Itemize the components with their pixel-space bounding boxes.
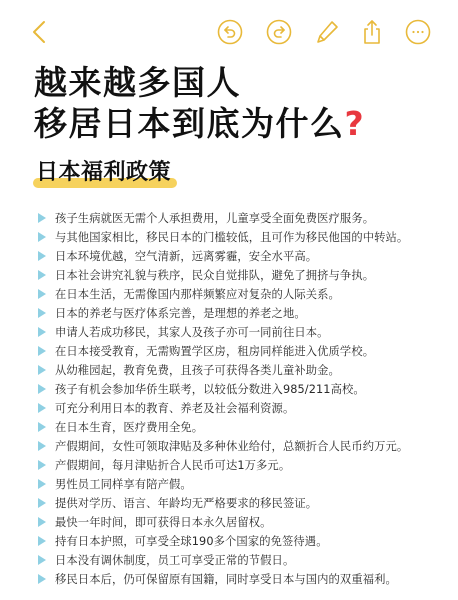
triangle-bullet-icon bbox=[38, 270, 46, 280]
triangle-bullet-icon bbox=[38, 365, 46, 375]
triangle-bullet-icon bbox=[38, 441, 46, 451]
triangle-bullet-icon bbox=[38, 308, 46, 318]
triangle-bullet-icon bbox=[38, 327, 46, 337]
undo-button[interactable] bbox=[216, 18, 244, 46]
list-item: 产假期间，每月津贴折合人民币可达1万多元。 bbox=[38, 455, 448, 474]
list-item-text: 在日本接受教育，无需购置学区房，租房同样能进入优质学校。 bbox=[55, 343, 374, 359]
triangle-bullet-icon bbox=[38, 422, 46, 432]
redo-button[interactable] bbox=[265, 18, 293, 46]
list-item-text: 在日本生活，无需像国内那样频繁应对复杂的人际关系。 bbox=[55, 286, 340, 302]
triangle-bullet-icon bbox=[38, 213, 46, 223]
triangle-bullet-icon bbox=[38, 251, 46, 261]
triangle-bullet-icon bbox=[38, 460, 46, 470]
list-item: 持有日本护照，可享受全球190多个国家的免签待遇。 bbox=[38, 531, 448, 550]
list-item-text: 日本环境优越，空气清新，远离雾霾，安全水平高。 bbox=[55, 248, 317, 264]
list-item: 移民日本后，仍可保留原有国籍，同时享受日本与国内的双重福利。 bbox=[38, 569, 448, 588]
list-item: 最快一年时间，即可获得日本永久居留权。 bbox=[38, 512, 448, 531]
list-item-text: 可充分利用日本的教育、养老及社会福利资源。 bbox=[55, 400, 294, 416]
list-item: 在日本生育，医疗费用全免。 bbox=[38, 417, 448, 436]
top-toolbar bbox=[0, 0, 458, 58]
list-item-text: 孩子生病就医无需个人承担费用，儿童享受全面免费医疗服务。 bbox=[55, 210, 374, 226]
list-item: 日本没有调休制度，员工可享受正常的节假日。 bbox=[38, 550, 448, 569]
list-item: 申请人若成功移民，其家人及孩子亦可一同前往日本。 bbox=[38, 322, 448, 341]
triangle-bullet-icon bbox=[38, 555, 46, 565]
more-button[interactable] bbox=[404, 18, 432, 46]
share-button[interactable] bbox=[358, 18, 386, 46]
section-heading-text: 日本福利政策 bbox=[36, 160, 171, 185]
list-item-text: 从幼稚园起，教育免费，且孩子可获得各类儿童补助金。 bbox=[55, 362, 340, 378]
list-item-text: 孩子有机会参加华侨生联考，以较低分数进入985/211高校。 bbox=[55, 381, 365, 397]
list-item-text: 日本社会讲究礼貌与秩序，民众自觉排队，避免了拥挤与争执。 bbox=[55, 267, 374, 283]
benefits-list: 孩子生病就医无需个人承担费用，儿童享受全面免费医疗服务。 与其他国家相比，移民日… bbox=[38, 208, 448, 588]
list-item: 产假期间，女性可领取津贴及多种休业给付，总额折合人民币约万元。 bbox=[38, 436, 448, 455]
pencil-icon bbox=[313, 18, 341, 46]
list-item-text: 在日本生育，医疗费用全免。 bbox=[55, 419, 203, 435]
list-item-text: 移民日本后，仍可保留原有国籍，同时享受日本与国内的双重福利。 bbox=[55, 571, 397, 587]
list-item: 日本社会讲究礼貌与秩序，民众自觉排队，避免了拥挤与争执。 bbox=[38, 265, 448, 284]
list-item-text: 产假期间，每月津贴折合人民币可达1万多元。 bbox=[55, 457, 290, 473]
list-item: 孩子有机会参加华侨生联考，以较低分数进入985/211高校。 bbox=[38, 379, 448, 398]
list-item: 男性员工同样享有陪产假。 bbox=[38, 474, 448, 493]
section-heading: 日本福利政策 bbox=[36, 158, 171, 190]
list-item-text: 与其他国家相比，移民日本的门槛较低，且可作为移民他国的中转站。 bbox=[55, 229, 408, 245]
back-button[interactable] bbox=[26, 18, 54, 46]
list-item-text: 持有日本护照，可享受全球190多个国家的免签待遇。 bbox=[55, 533, 328, 549]
list-item-text: 产假期间，女性可领取津贴及多种休业给付，总额折合人民币约万元。 bbox=[55, 438, 408, 454]
list-item: 可充分利用日本的教育、养老及社会福利资源。 bbox=[38, 398, 448, 417]
triangle-bullet-icon bbox=[38, 289, 46, 299]
list-item-text: 日本的养老与医疗体系完善，是理想的养老之地。 bbox=[55, 305, 306, 321]
edit-button[interactable] bbox=[313, 18, 341, 46]
triangle-bullet-icon bbox=[38, 403, 46, 413]
list-item-text: 日本没有调休制度，员工可享受正常的节假日。 bbox=[55, 552, 294, 568]
triangle-bullet-icon bbox=[38, 346, 46, 356]
list-item: 与其他国家相比，移民日本的门槛较低，且可作为移民他国的中转站。 bbox=[38, 227, 448, 246]
list-item: 在日本生活，无需像国内那样频繁应对复杂的人际关系。 bbox=[38, 284, 448, 303]
triangle-bullet-icon bbox=[38, 384, 46, 394]
question-mark: ? bbox=[345, 104, 366, 143]
chevron-left-icon bbox=[26, 18, 54, 46]
triangle-bullet-icon bbox=[38, 498, 46, 508]
title-line-1: 越来越多国人 bbox=[34, 62, 365, 103]
redo-icon bbox=[265, 18, 293, 46]
list-item: 在日本接受教育，无需购置学区房，租房同样能进入优质学校。 bbox=[38, 341, 448, 360]
title-line-2-text: 移居日本到底为什么 bbox=[34, 104, 345, 143]
undo-icon bbox=[216, 18, 244, 46]
triangle-bullet-icon bbox=[38, 479, 46, 489]
triangle-bullet-icon bbox=[38, 232, 46, 242]
more-icon bbox=[404, 18, 432, 46]
triangle-bullet-icon bbox=[38, 536, 46, 546]
list-item: 从幼稚园起，教育免费，且孩子可获得各类儿童补助金。 bbox=[38, 360, 448, 379]
list-item-text: 男性员工同样享有陪产假。 bbox=[55, 476, 192, 492]
note-page: 越来越多国人 移居日本到底为什么? 日本福利政策 孩子生病就医无需个人承担费用，… bbox=[0, 0, 458, 600]
list-item: 提供对学历、语言、年龄均无严格要求的移民签证。 bbox=[38, 493, 448, 512]
list-item-text: 申请人若成功移民，其家人及孩子亦可一同前往日本。 bbox=[55, 324, 329, 340]
list-item-text: 最快一年时间，即可获得日本永久居留权。 bbox=[55, 514, 272, 530]
list-item-text: 提供对学历、语言、年龄均无严格要求的移民签证。 bbox=[55, 495, 317, 511]
share-icon bbox=[358, 18, 386, 46]
triangle-bullet-icon bbox=[38, 517, 46, 527]
list-item: 日本环境优越，空气清新，远离雾霾，安全水平高。 bbox=[38, 246, 448, 265]
list-item: 孩子生病就医无需个人承担费用，儿童享受全面免费医疗服务。 bbox=[38, 208, 448, 227]
list-item: 日本的养老与医疗体系完善，是理想的养老之地。 bbox=[38, 303, 448, 322]
title-line-2: 移居日本到底为什么? bbox=[34, 103, 365, 144]
page-title: 越来越多国人 移居日本到底为什么? bbox=[34, 62, 365, 144]
triangle-bullet-icon bbox=[38, 574, 46, 584]
